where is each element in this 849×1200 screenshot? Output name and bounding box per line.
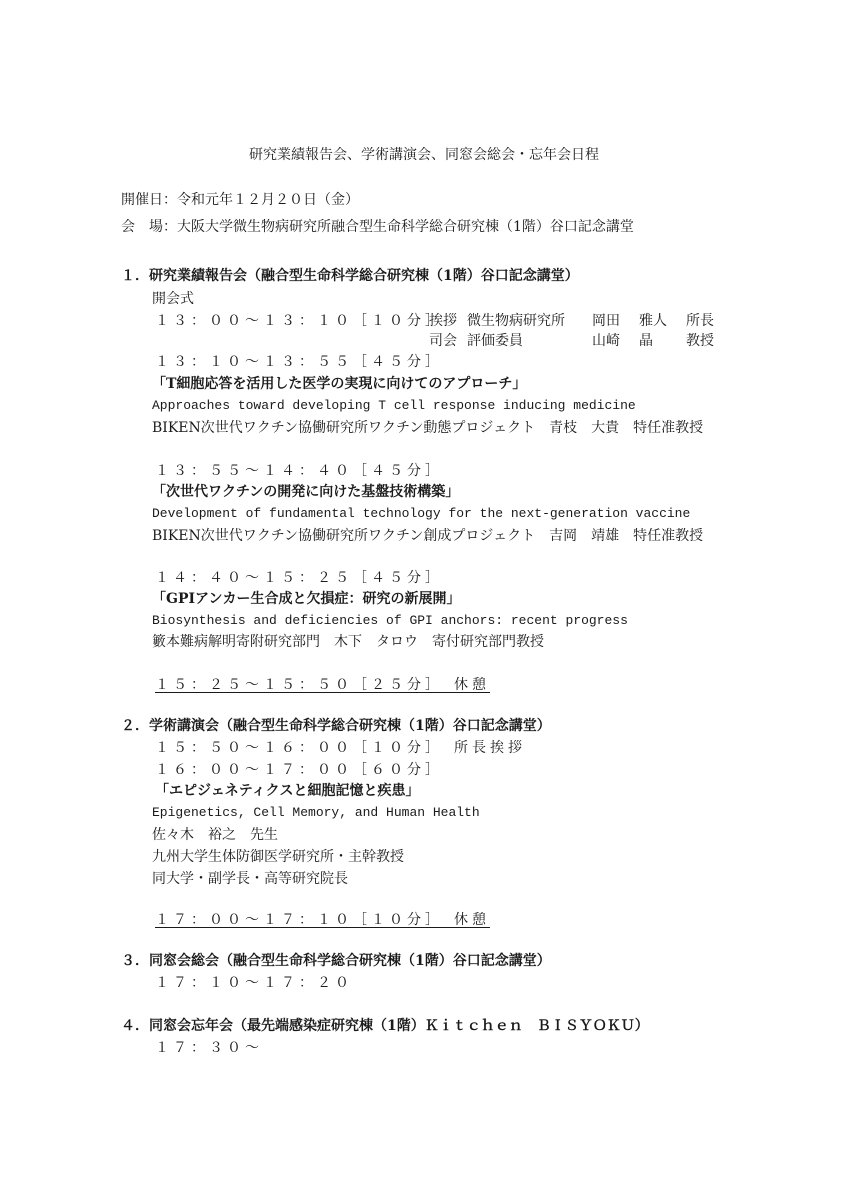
director-greeting: １５：５０～１６：００［１０分］ 所長挨拶 (155, 738, 526, 758)
talk1-speaker: BIKEN次世代ワクチン協働研究所ワクチン動態プロジェクト 青枝 大貴 特任准教… (152, 418, 703, 438)
talk3-time: １４：４０～１５：２５［４５分］ (155, 568, 443, 588)
lecture-time: １６：００～１７：００［６０分］ (155, 760, 443, 780)
greeting-surname: 岡田 (592, 311, 620, 331)
talk1-title-ja: 「T細胞応答を活用した医学の実現に向けてのアプローチ」 (152, 374, 526, 394)
talk2-time: １３：５５～１４：４０［４５分］ (155, 461, 443, 481)
mc-surname: 山崎 (592, 331, 620, 351)
greeting-role: 挨拶 (429, 311, 457, 331)
event-date: 開催日：令和元年１２月２０日（金） (121, 190, 359, 210)
lecture-title-ja: 「エピジェネティクスと細胞記憶と疾患」 (155, 781, 419, 801)
talk3-title-ja: 「GPIアンカー生合成と欠損症：研究の新展開」 (152, 589, 460, 609)
document-title: 研究業績報告会、学術講演会、同窓会総会・忘年会日程 (249, 145, 599, 165)
mc-role: 司会 (429, 331, 457, 351)
talk3-title-en: Biosynthesis and deficiencies of GPI anc… (152, 611, 628, 631)
greeting-title: 所長 (686, 311, 714, 331)
opening-time: １３：００～１３：１０［１０分］ (155, 311, 443, 331)
talk2-title-ja: 「次世代ワクチンの開発に向けた基盤技術構築」 (152, 482, 459, 502)
speaker-affiliation-1: 九州大学生体防御医学研究所・主幹教授 (152, 847, 404, 867)
section2-heading: ２．学術講演会（融合型生命科学総合研究棟（1階）谷口記念講堂） (121, 716, 551, 736)
mc-org: 評価委員 (467, 331, 523, 351)
greeting-given: 雅人 (639, 311, 667, 331)
section4-heading: ４．同窓会忘年会（最先端感染症研究棟（1階）Ｋｉｔｃｈｅｎ ＢＩＳＹＯＫＵ） (121, 1016, 649, 1036)
opening-ceremony-label: 開会式 (152, 289, 194, 309)
speaker-affiliation-2: 同大学・副学長・高等研究院長 (152, 869, 348, 889)
section3-time: １７：１０～１７：２０ (155, 973, 353, 993)
greeting-org: 微生物病研究所 (467, 311, 565, 331)
event-venue: 会 場：大阪大学微生物病研究所融合型生命科学総合研究棟（1階）谷口記念講堂 (121, 217, 634, 237)
talk2-title-en: Development of fundamental technology fo… (152, 504, 690, 524)
section4-time: １７：３０～ (155, 1038, 263, 1058)
break1: １５：２５～１５：５０［２５分］ 休憩 (155, 675, 490, 695)
section3-heading: ３．同窓会総会（融合型生命科学総合研究棟（1階）谷口記念講堂） (121, 951, 551, 971)
talk1-title-en: Approaches toward developing T cell resp… (152, 396, 636, 416)
talk2-speaker: BIKEN次世代ワクチン協働研究所ワクチン創成プロジェクト 吉岡 靖雄 特任准教… (152, 526, 703, 546)
mc-given: 晶 (639, 331, 653, 351)
mc-row: 司会 評価委員 山崎 晶 教授 (155, 331, 755, 351)
mc-title: 教授 (686, 331, 714, 351)
lecture-speaker: 佐々木 裕之 先生 (152, 825, 278, 845)
break2: １７：００～１７：１０［１０分］ 休憩 (155, 910, 490, 930)
section1-heading: １．研究業績報告会（融合型生命科学総合研究棟（1階）谷口記念講堂） (121, 266, 579, 286)
opening-greeting-row: １３：００～１３：１０［１０分］ 挨拶 微生物病研究所 岡田 雅人 所長 (155, 311, 755, 331)
lecture-title-en: Epigenetics, Cell Memory, and Human Heal… (152, 803, 480, 823)
talk3-speaker: 籔本難病解明寄附研究部門 木下 タロウ 寄付研究部門教授 (152, 632, 544, 652)
talk1-time: １３：１０～１３：５５［４５分］ (155, 352, 443, 372)
